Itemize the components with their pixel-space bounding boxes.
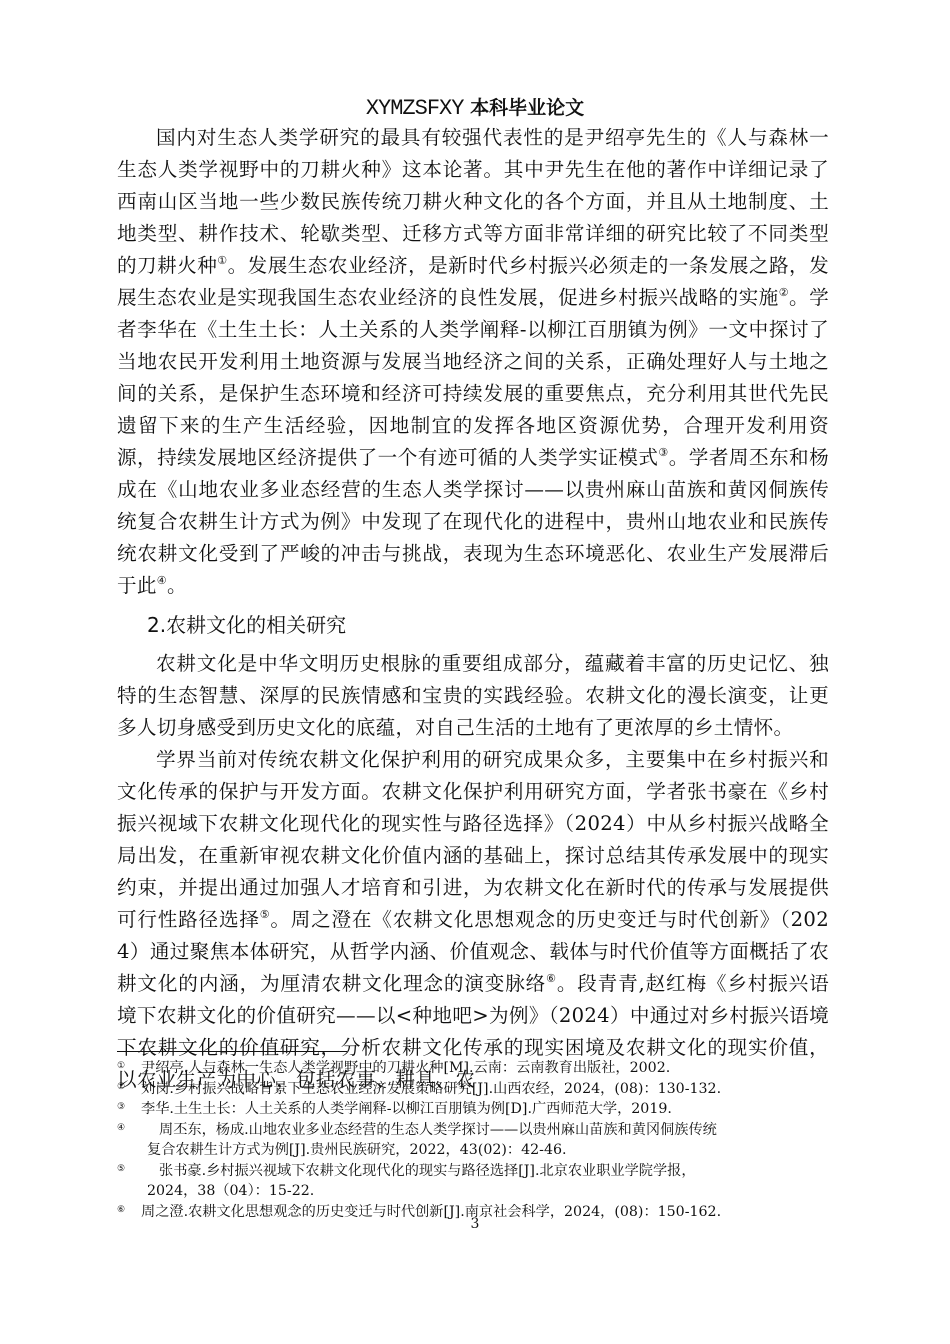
paragraph-ecological-anthropology: 国内对生态人类学研究的最具有较强代表性的是尹绍亭先生的《人与森林一生态人类学视野… bbox=[117, 122, 829, 602]
footnote-ref-1[interactable]: ① bbox=[217, 254, 227, 267]
footnote-2: ② 刘岗.乡村振兴战略背景下生态农业经济发展策略研究[J].山西农经，2024，… bbox=[117, 1079, 837, 1100]
header-thesis-label: 本科毕业论文 bbox=[470, 97, 584, 119]
footnote-ref-4[interactable]: ④ bbox=[157, 574, 167, 587]
text-run: 学界当前对传统农耕文化保护利用的研究成果众多，主要集中在乡村振兴和文化传承的保护… bbox=[117, 748, 829, 931]
footnote-mark: ③ bbox=[117, 1097, 125, 1118]
footnote-separator bbox=[117, 1051, 347, 1052]
footnote-text: 李华.土生土长：人土关系的人类学阐释-以柳江百朋镇为例[D].广西师范大学，20… bbox=[141, 1101, 672, 1117]
footnote-ref-3[interactable]: ③ bbox=[658, 446, 668, 459]
footnote-mark: ① bbox=[117, 1056, 125, 1077]
footnote-text: 张书豪.乡村振兴视域下农耕文化现代化的现实与路径选择[J].北京农业职业学院学报… bbox=[141, 1161, 837, 1182]
header-school-code: XYMZSFXY bbox=[366, 96, 464, 121]
footnote-text: 刘岗.乡村振兴战略背景下生态农业经济发展策略研究[J].山西农经，2024，(0… bbox=[141, 1081, 721, 1097]
footnote-4: ④ 周丕东，杨成.山地农业多业态经营的生态人类学探讨——以贵州麻山苗族和黄冈侗族… bbox=[117, 1120, 837, 1161]
paragraph-farming-culture-research: 学界当前对传统农耕文化保护利用的研究成果众多，主要集中在乡村振兴和文化传承的保护… bbox=[117, 744, 829, 1096]
section-heading: 2.农耕文化的相关研究 bbox=[147, 608, 829, 642]
footnote-text-continued: 复合农耕生计方式为例[J].贵州民族研究，2022，43(02)：42-46. bbox=[141, 1140, 837, 1161]
footnote-ref-6[interactable]: ⑥ bbox=[546, 972, 557, 985]
text-run: 。 bbox=[167, 574, 187, 597]
footnote-1: ① 尹绍亭.人与森林一生态人类学视野中的刀耕火种[M].云南：云南教育出版社，2… bbox=[117, 1058, 837, 1079]
footnote-mark: ② bbox=[117, 1077, 125, 1098]
page-number: 3 bbox=[0, 1216, 950, 1232]
footnote-text: 周丕东，杨成.山地农业多业态经营的生态人类学探讨——以贵州麻山苗族和黄冈侗族传统 bbox=[141, 1120, 837, 1141]
footnote-ref-2[interactable]: ② bbox=[779, 286, 789, 299]
page-header: XYMZSFXY 本科毕业论文 bbox=[0, 92, 950, 124]
footnote-text-continued: 2024，38（04）：15-22. bbox=[141, 1181, 837, 1202]
footnote-ref-5[interactable]: ⑤ bbox=[260, 908, 271, 921]
footnote-3: ③ 李华.土生土长：人土关系的人类学阐释-以柳江百朋镇为例[D].广西师范大学，… bbox=[117, 1099, 837, 1120]
footnote-text: 尹绍亭.人与森林一生态人类学视野中的刀耕火种[M].云南：云南教育出版社，200… bbox=[141, 1060, 670, 1076]
text-run: 。学者李华在《土生土长：人土关系的人类学阐释-以柳江百朋镇为例》一文中探讨了当地… bbox=[117, 286, 829, 469]
body-text: 国内对生态人类学研究的最具有较强代表性的是尹绍亭先生的《人与森林一生态人类学视野… bbox=[117, 122, 829, 1096]
footnotes: ① 尹绍亭.人与森林一生态人类学视野中的刀耕火种[M].云南：云南教育出版社，2… bbox=[117, 1058, 837, 1222]
footnote-mark: ④ bbox=[117, 1118, 125, 1139]
footnote-mark: ⑤ bbox=[117, 1159, 125, 1180]
paragraph-farming-culture-intro: 农耕文化是中华文明历史根脉的重要组成部分，蕴藏着丰富的历史记忆、独特的生态智慧、… bbox=[117, 648, 829, 744]
footnote-5: ⑤ 张书豪.乡村振兴视域下农耕文化现代化的现实与路径选择[J].北京农业职业学院… bbox=[117, 1161, 837, 1202]
